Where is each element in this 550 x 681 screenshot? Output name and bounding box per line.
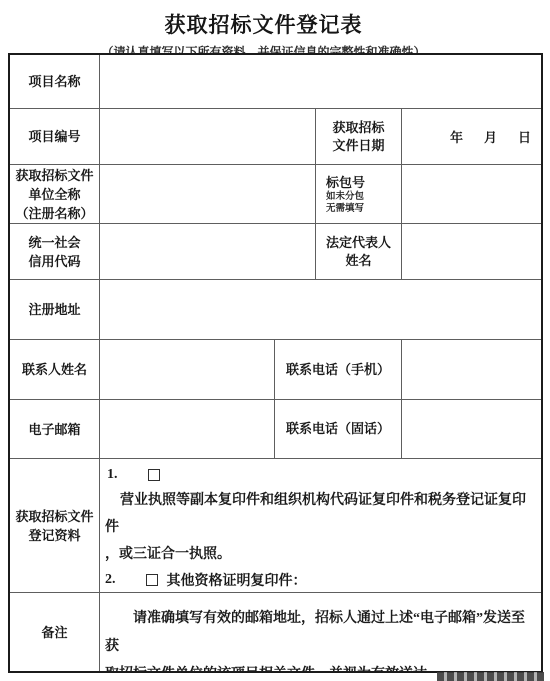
legal-rep-label: 法定代表人 姓名	[316, 224, 402, 279]
package-no-value-cell	[402, 165, 541, 223]
materials-item-1: 1.	[105, 463, 533, 487]
package-no-note-2: 无需填写	[326, 203, 364, 215]
package-no-note-1: 如未分包	[326, 191, 364, 203]
mobile-phone-value-cell	[402, 340, 541, 399]
mobile-phone-label: 联系电话（手机）	[275, 340, 402, 399]
checkbox-icon	[146, 574, 158, 586]
remarks-text: 请准确填写有效的邮箱地址，招标人通过上述“电子邮箱”发送至获 取招标文件单位的该…	[100, 593, 541, 671]
materials-item-2: 2. 其他资格证明复印件：	[105, 568, 533, 592]
row-project-name: 项目名称	[10, 55, 541, 109]
company-name-value-cell	[100, 165, 316, 223]
row-project-number: 项目编号 获取招标 文件日期 年 月 日	[10, 109, 541, 165]
reg-address-label: 注册地址	[10, 280, 100, 339]
email-label: 电子邮箱	[10, 400, 100, 458]
project-number-label: 项目编号	[10, 109, 100, 164]
row-email: 电子邮箱 联系电话（固话）	[10, 400, 541, 459]
row-materials: 获取招标文件 登记资料 1. 营业执照等副本复印件和组织机构代码证复印件和税务登…	[10, 459, 541, 593]
materials-content-cell: 1. 营业执照等副本复印件和组织机构代码证复印件和税务登记证复印件 ，或三证合一…	[100, 459, 541, 592]
package-no-label: 标包号	[326, 174, 365, 191]
project-name-label: 项目名称	[10, 55, 100, 108]
row-contact-name: 联系人姓名 联系电话（手机）	[10, 340, 541, 400]
email-value-cell	[100, 400, 275, 458]
materials-item-1-number: 1.	[107, 467, 118, 483]
row-reg-address: 注册地址	[10, 280, 541, 340]
contact-name-value-cell	[100, 340, 275, 399]
company-name-label: 获取招标文件 单位全称 （注册名称）	[10, 165, 100, 223]
row-credit-code: 统一社会 信用代码 法定代表人 姓名	[10, 224, 541, 280]
watermark-strip	[437, 672, 544, 681]
project-number-value-cell	[100, 109, 316, 164]
reg-address-value-cell	[100, 280, 541, 339]
page-title: 获取招标文件登记表	[0, 9, 527, 39]
doc-date-label: 获取招标 文件日期	[316, 109, 402, 164]
registration-table: 项目名称 项目编号 获取招标 文件日期 年 月 日 获取招标文件 单位全称 （注…	[8, 53, 543, 673]
landline-phone-label: 联系电话（固话）	[275, 400, 402, 458]
row-remarks: 备注 请准确填写有效的邮箱地址，招标人通过上述“电子邮箱”发送至获 取招标文件单…	[10, 593, 541, 671]
project-name-value-cell	[100, 55, 541, 108]
materials-item-1-text: 营业执照等副本复印件和组织机构代码证复印件和税务登记证复印件 ，或三证合一执照。	[105, 487, 533, 568]
materials-item-2-text: 其他资格证明复印件：	[167, 570, 307, 590]
row-company-name: 获取招标文件 单位全称 （注册名称） 标包号 如未分包 无需填写	[10, 165, 541, 224]
remarks-label: 备注	[10, 593, 100, 671]
legal-rep-value-cell	[402, 224, 541, 279]
package-no-label-cell: 标包号 如未分包 无需填写	[316, 165, 402, 223]
credit-code-label: 统一社会 信用代码	[10, 224, 100, 279]
materials-label: 获取招标文件 登记资料	[10, 459, 100, 592]
credit-code-value-cell	[100, 224, 316, 279]
materials-item-2-number: 2.	[105, 572, 116, 588]
contact-name-label: 联系人姓名	[10, 340, 100, 399]
checkbox-icon	[148, 469, 160, 481]
landline-phone-value-cell	[402, 400, 541, 458]
doc-date-value-cell: 年 月 日	[402, 109, 541, 164]
